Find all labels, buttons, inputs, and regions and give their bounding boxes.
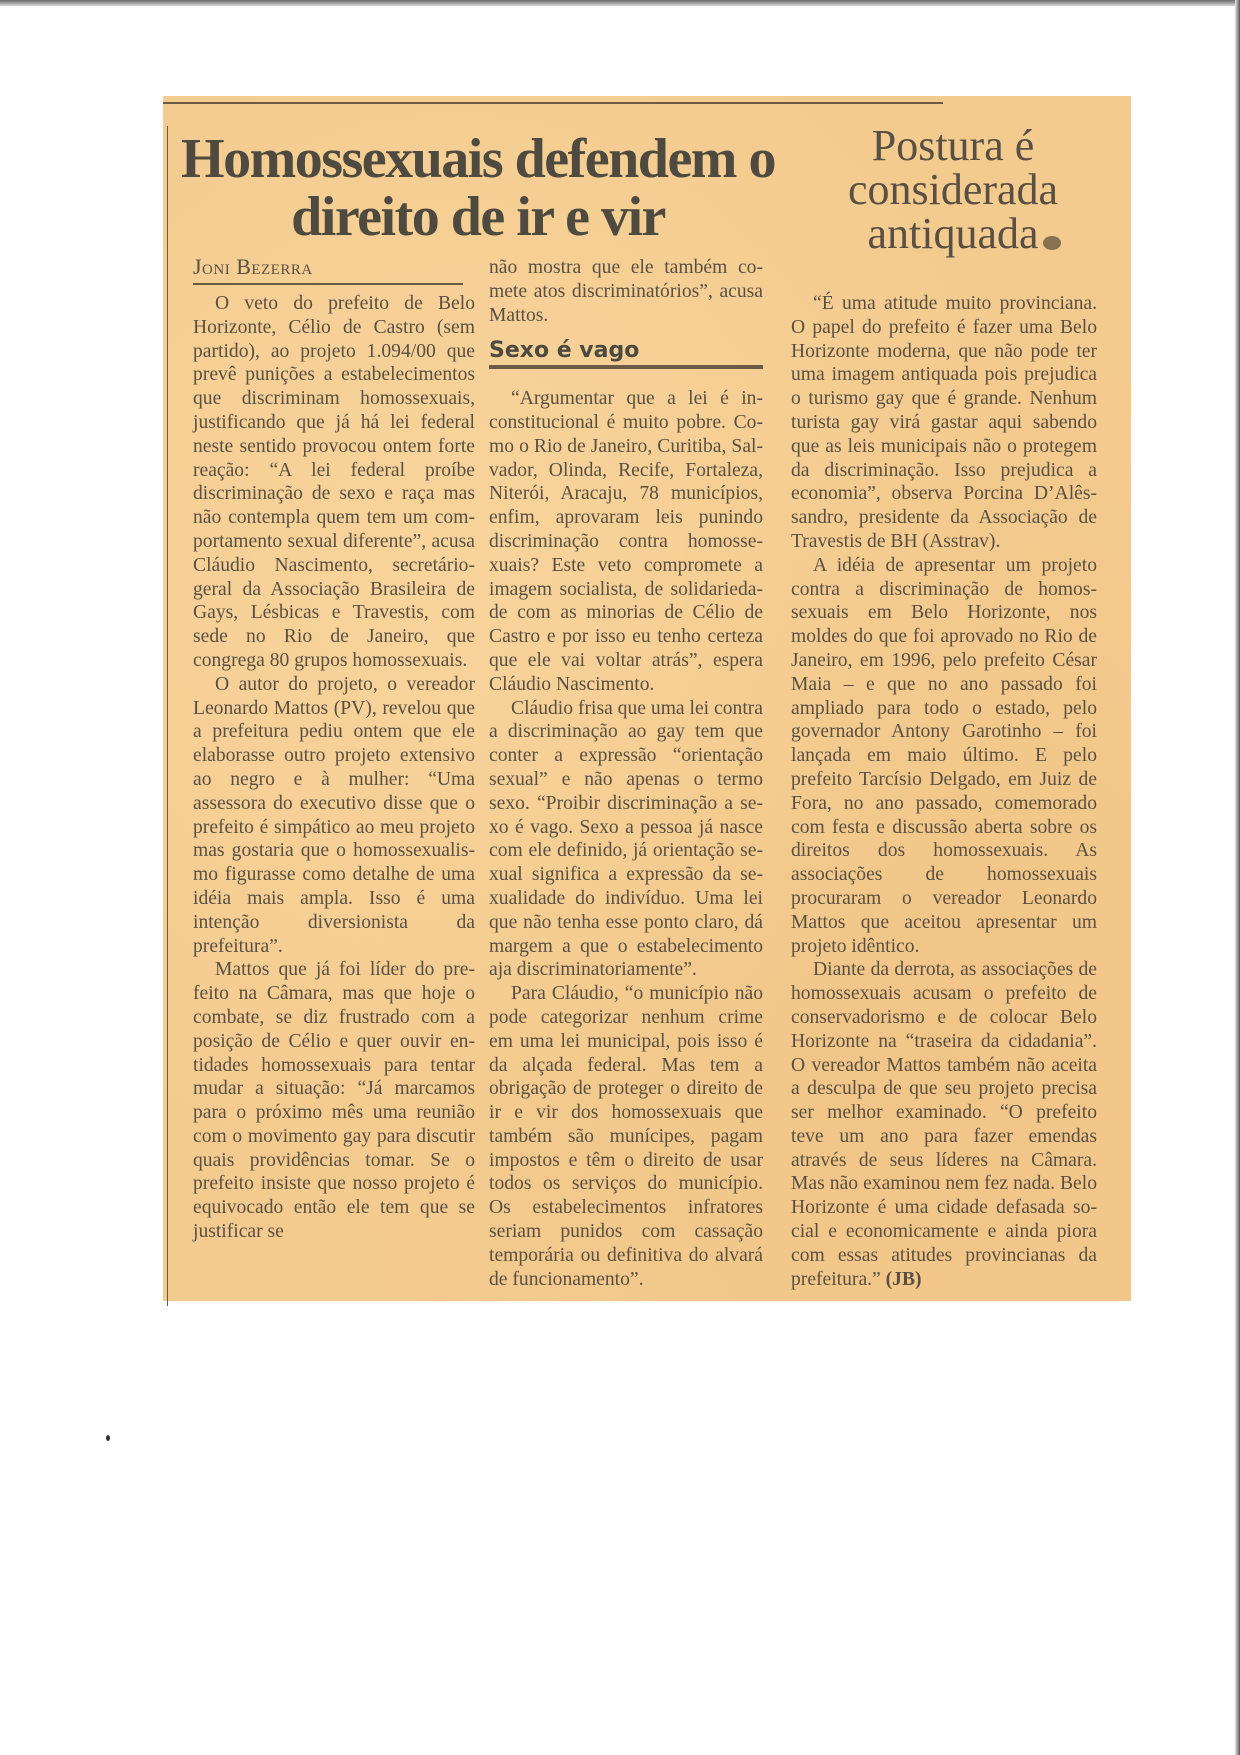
paragraph: “É uma atitude muito provincia­na. O pap… (791, 292, 1097, 554)
article-column-1: O veto do prefeito de Belo Horizonte, Cé… (193, 292, 475, 1244)
sidebar-column: “É uma atitude muito provincia­na. O pap… (791, 292, 1097, 1291)
scanner-edge-right (1235, 0, 1240, 1755)
ink-stain (1043, 236, 1061, 250)
newspaper-clipping: Homossexuais defendem o direito de ir e … (163, 96, 1131, 1301)
top-rule (163, 102, 943, 104)
paragraph: não mostra que ele também co­mete atos d… (489, 256, 763, 327)
paragraph: A idéia de apresentar um projeto contra … (791, 554, 1097, 959)
paragraph: O veto do prefeito de Belo Horizonte, Cé… (193, 292, 475, 673)
paragraph: Para Cláudio, “o município não pode cate… (489, 982, 763, 1291)
left-rule (167, 126, 168, 1306)
section-subhead: Sexo é vago (489, 339, 763, 369)
paragraph: Cláudio frisa que uma lei con­tra a disc… (489, 697, 763, 983)
paragraph: O autor do projeto, o verea­dor Leonardo… (193, 673, 475, 959)
paragraph: “Argumentar que a lei é in­constituciona… (489, 387, 763, 696)
scanner-edge-top (0, 0, 1240, 6)
article-column-2: não mostra que ele também co­mete atos d… (489, 256, 763, 1291)
headline: Homossexuais defendem o direito de ir e … (173, 130, 783, 246)
sidebar-title: Postura é considerada antiquada (803, 124, 1103, 256)
speck (106, 1435, 110, 1441)
signoff: (JB) (886, 1269, 922, 1290)
paragraph: Mattos que já foi líder do pre­feito na … (193, 958, 475, 1244)
paragraph: Diante da derrota, as associa­ções de ho… (791, 958, 1097, 1291)
byline: Joni Bezerra (193, 254, 463, 285)
